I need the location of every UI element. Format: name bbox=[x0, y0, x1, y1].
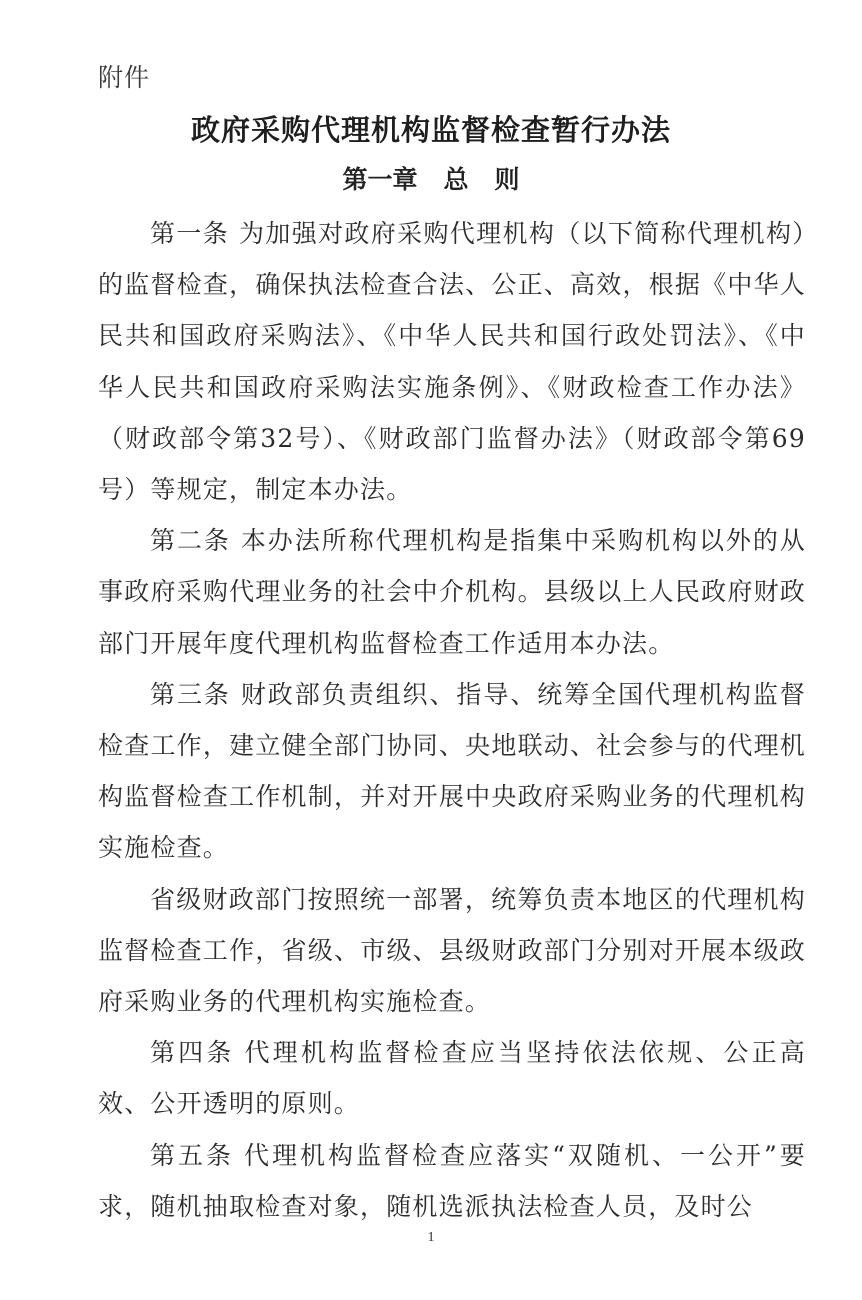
document-body: 第一条为加强对政府采购代理机构（以下简称代理机构）的监督检查，确保执法检查合法、… bbox=[98, 208, 806, 1232]
article-number: 第一条 bbox=[150, 219, 229, 248]
article-text: 省级财政部门按照统一部署，统筹负责本地区的代理机构监督检查工作，省级、市级、县级… bbox=[98, 885, 806, 1016]
article-number: 第五条 bbox=[150, 1141, 234, 1170]
article-3: 第三条财政部负责组织、指导、统筹全国代理机构监督检查工作，建立健全部门协同、央地… bbox=[98, 669, 806, 874]
document-page: 附件 政府采购代理机构监督检查暂行办法 第一章总则 第一条为加强对政府采购代理机… bbox=[0, 0, 862, 1300]
chapter-heading: 第一章总则 bbox=[0, 160, 862, 196]
article-3-paragraph-2: 省级财政部门按照统一部署，统筹负责本地区的代理机构监督检查工作，省级、市级、县级… bbox=[98, 874, 806, 1028]
article-5: 第五条代理机构监督检查应落实“双随机、一公开”要求，随机抽取检查对象，随机选派执… bbox=[98, 1130, 806, 1232]
chapter-name-part2: 则 bbox=[495, 160, 520, 196]
article-text: 为加强对政府采购代理机构（以下简称代理机构）的监督检查，确保执法检查合法、公正、… bbox=[98, 219, 806, 504]
article-4: 第四条代理机构监督检查应当坚持依法依规、公正高效、公开透明的原则。 bbox=[98, 1027, 806, 1129]
chapter-name-part1: 总 bbox=[443, 160, 468, 196]
chapter-number: 第一章 bbox=[342, 160, 417, 196]
article-number: 第三条 bbox=[150, 680, 231, 709]
document-title: 政府采购代理机构监督检查暂行办法 bbox=[0, 108, 862, 149]
article-1: 第一条为加强对政府采购代理机构（以下简称代理机构）的监督检查，确保执法检查合法、… bbox=[98, 208, 806, 515]
page-number: 1 bbox=[0, 1230, 862, 1246]
article-number: 第四条 bbox=[150, 1038, 235, 1067]
attachment-label: 附件 bbox=[98, 58, 150, 94]
article-2: 第二条本办法所称代理机构是指集中采购机构以外的从事政府采购代理业务的社会中介机构… bbox=[98, 515, 806, 669]
article-number: 第二条 bbox=[150, 526, 231, 555]
